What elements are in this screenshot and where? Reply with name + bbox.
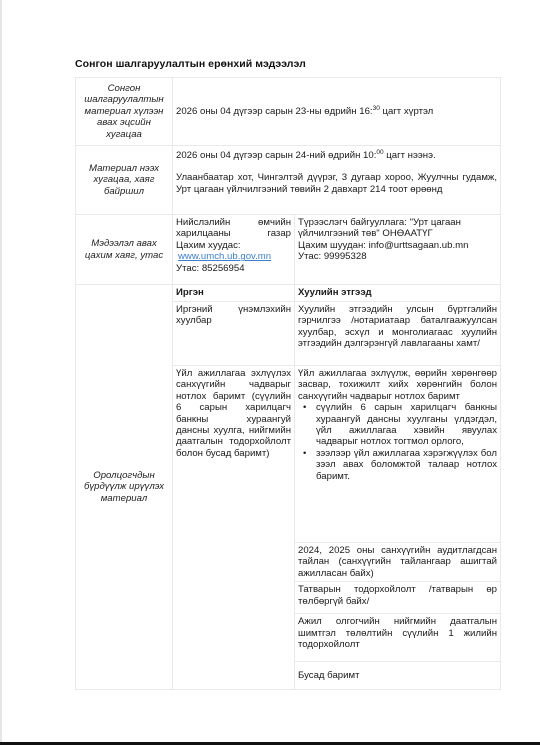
contact-web-link[interactable]: www.umch.ub.gov.mn [178,251,271,262]
value-deadline: 2026 оны 04 дүгээр сарын 23-ны өдрийн 16… [173,78,501,146]
row-materials-header: Оролцогчдын бүрдүүлж ирүүлэх материал Ир… [76,285,501,302]
entity-tax-certificate: Татварын тодорхойлолт /татварын өр төлбө… [295,582,501,614]
opening-address: Улаанбаатар хот, Чингэлтэй дүүрэг, 3 дуг… [176,172,497,195]
citizen-finance-proof: Үйл ажиллагаа эхлүүлэх санхүүгийн чадвар… [173,366,295,690]
row-contact: Мэдээлэл авах цахим хаяг, утас Нийслэлий… [76,215,501,285]
contact-web-label: Цахим хуудас: [176,240,291,251]
opening-date-prefix: 2026 оны 04 дүгээр сарын 24-ний өдрийн 1… [176,150,376,161]
value-opening: 2026 оны 04 дүгээр сарын 24-ний өдрийн 1… [173,146,501,215]
scan-edge-left [0,0,2,745]
label-deadline: Сонгон шалгаруулалтын материал хүлээн ав… [76,78,173,146]
deadline-text-prefix: 2026 оны 04 дүгээр сарын 23-ны өдрийн 16… [176,106,373,117]
contact-tenant-org: Түрээслэгч байгууллага: "Урт цагаан үйлч… [298,217,497,240]
info-table: Сонгон шалгаруулалтын материал хүлээн ав… [75,77,501,690]
label-materials: Оролцогчдын бүрдүүлж ирүүлэх материал [76,285,173,690]
entity-finance-item: •сүүлийн 6 сарын харилцагч банкны хураан… [316,402,497,448]
contact-city-office: Нийслэлийн өмчийн харилцааны газар Цахим… [173,215,295,285]
bullet-icon: • [303,402,306,413]
header-entity: Хуулийн этгээд [295,285,501,302]
label-contact: Мэдээлэл авах цахим хаяг, утас [76,215,173,285]
contact-tenant: Түрээслэгч байгууллага: "Урт цагаан үйлч… [295,215,501,285]
bullet-icon: • [303,448,306,459]
entity-finance-list: •сүүлийн 6 сарын харилцагч банкны хураан… [298,402,497,482]
header-citizen: Иргэн [173,285,295,302]
entity-finance-intro: Үйл ажиллагаа эхлүүлж, өөрийн хөрөнгөөр … [298,368,497,402]
entity-other-docs: Бусад баримт [295,662,501,690]
entity-finance-proof: Үйл ажиллагаа эхлүүлж, өөрийн хөрөнгөөр … [295,366,501,543]
entity-finance-item: •зээлээр үйл ажиллагаа хэрэгжүүлэх бол з… [316,448,497,482]
label-opening: Материал нээх хугацаа, хаяг байршил [76,146,173,215]
opening-minutes-sup: 00 [376,149,383,156]
entity-social-insurance: Ажил олгогчийн нийгмийн даатгалын шимтгэ… [295,614,501,662]
contact-tenant-email: Цахим шуудан: info@urttsagaan.ub.mn [298,240,497,251]
contact-tenant-phone: Утас: 99995328 [298,251,497,262]
contact-phone-city: Утас: 85256954 [176,263,291,274]
row-opening: Материал нээх хугацаа, хаяг байршил 2026… [76,146,501,215]
entity-registration: Хуулийн этгээдийн улсын бүртгэлийн гэрчи… [295,302,501,366]
deadline-minutes-sup: 30 [373,105,380,112]
contact-org-name: Нийслэлийн өмчийн харилцааны газар [176,217,291,240]
document-title: Сонгон шалгаруулалтын ерөнхий мэдээлэл [75,58,306,70]
deadline-text-suffix: цагт хүртэл [380,106,433,117]
opening-date: 2026 оны 04 дүгээр сарын 24-ний өдрийн 1… [176,148,497,161]
opening-date-suffix: цагт нээнэ. [384,150,436,161]
citizen-id-copy: Иргэний үнэмлэхийн хуулбар [173,302,295,366]
entity-audit-report: 2024, 2025 оны санхүүгийн аудитлагдсан т… [295,543,501,582]
row-deadline: Сонгон шалгаруулалтын материал хүлээн ав… [76,78,501,146]
